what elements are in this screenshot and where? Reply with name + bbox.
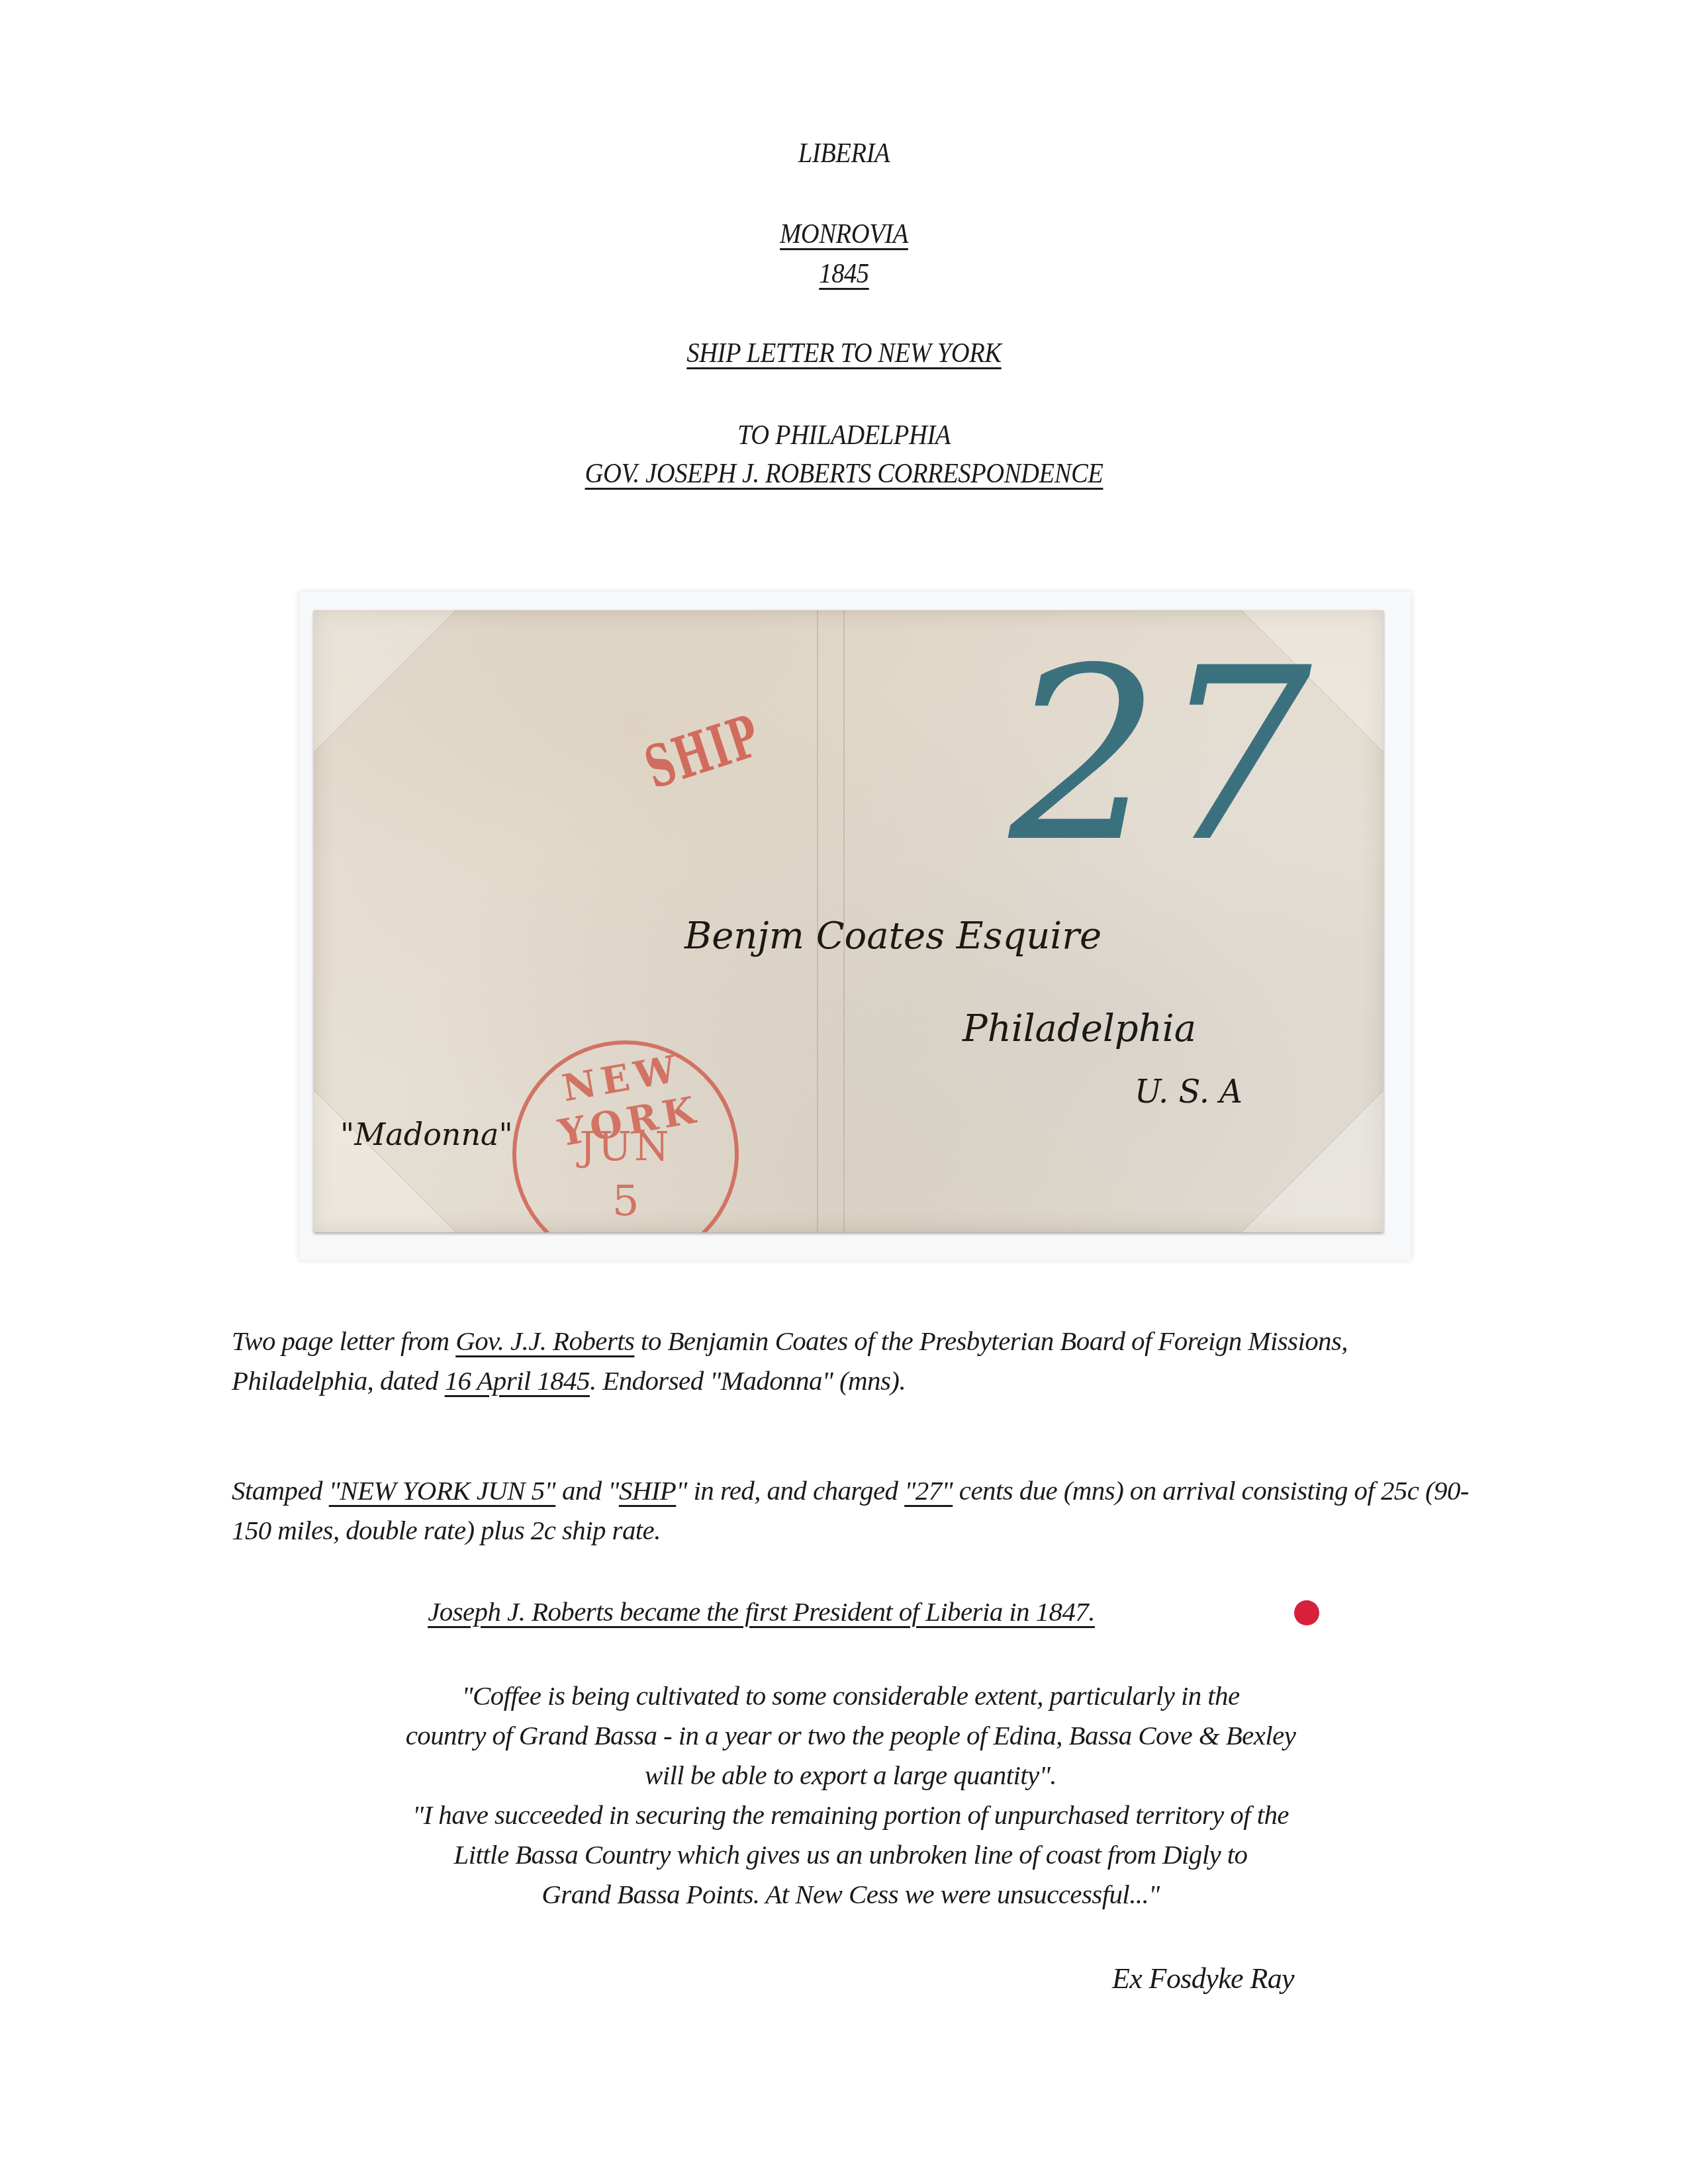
correspondence-text: GOV. JOSEPH J. ROBERTS CORRESPONDENCE: [585, 459, 1103, 489]
quote-line: Grand Bassa Points. At New Cess we were …: [232, 1874, 1470, 1914]
city-heading: MONROVIA: [68, 218, 1620, 250]
year-heading: 1845: [68, 258, 1620, 290]
p2-ship: SHIP: [619, 1475, 676, 1506]
country-heading: LIBERIA: [68, 138, 1620, 169]
address-line-2: Philadelphia: [962, 1007, 1196, 1050]
p2-text: and ": [555, 1475, 619, 1506]
quote-block: "Coffee is being cultivated to some cons…: [232, 1676, 1470, 1914]
ship-handstamp: SHIP: [637, 702, 769, 801]
p1-roberts: Gov. J.J. Roberts: [455, 1326, 634, 1356]
p2-text: " in red, and charged: [676, 1475, 904, 1506]
p1-text: Two page letter from: [232, 1326, 455, 1356]
quote-line: country of Grand Bassa - in a year or tw…: [232, 1715, 1470, 1755]
address-line-3: U. S. A: [1135, 1073, 1243, 1111]
postmark-month: JUN: [516, 1124, 735, 1170]
route-text: SHIP LETTER TO NEW YORK: [686, 338, 1001, 369]
red-dot-marker: [1294, 1600, 1319, 1625]
year-text: 1845: [819, 259, 868, 289]
quote-line: "Coffee is being cultivated to some cons…: [232, 1676, 1470, 1715]
description-paragraph-1: Two page letter from Gov. J.J. Roberts t…: [232, 1321, 1470, 1400]
p1-date: 16 April 1845: [445, 1365, 590, 1396]
quote-line: "I have succeeded in securing the remain…: [232, 1795, 1470, 1835]
provenance: Ex Fosdyke Ray: [1112, 1959, 1443, 1999]
p2-rate: "27": [904, 1475, 953, 1506]
manuscript-rate: 27: [1009, 637, 1312, 875]
destination-heading: TO PHILADELPHIA: [68, 420, 1620, 451]
new-york-postmark: NEW YORK JUN 5: [512, 1040, 739, 1232]
address-line-1: Benjm Coates Esquire: [684, 915, 1102, 958]
photo-corner-top-left: [314, 610, 456, 752]
route-heading: SHIP LETTER TO NEW YORK: [68, 338, 1620, 369]
photo-corner-bottom-right: [1241, 1090, 1383, 1232]
quote-line: Little Bassa Country which gives us an u…: [232, 1835, 1470, 1874]
presidency-note: Joseph J. Roberts became the first Presi…: [232, 1592, 1291, 1631]
postmark-day: 5: [516, 1177, 735, 1226]
p2-text: Stamped: [232, 1475, 329, 1506]
note-text: Joseph J. Roberts became the first Presi…: [428, 1596, 1095, 1627]
photo-corner-bottom-left: [314, 1090, 456, 1232]
city-text: MONROVIA: [780, 219, 908, 250]
description-paragraph-2: Stamped "NEW YORK JUN 5" and "SHIP" in r…: [232, 1471, 1470, 1550]
correspondence-heading: GOV. JOSEPH J. ROBERTS CORRESPONDENCE: [68, 458, 1620, 490]
postal-cover: SHIP NEW YORK JUN 5 27 Benjm Coates Esqu…: [314, 610, 1383, 1232]
p1-text: . Endorsed "Madonna" (mns).: [590, 1365, 906, 1396]
p2-postmark: "NEW YORK JUN 5": [329, 1475, 556, 1506]
endorsement: "Madonna": [340, 1116, 513, 1152]
quote-line: will be able to export a large quantity"…: [232, 1755, 1470, 1795]
